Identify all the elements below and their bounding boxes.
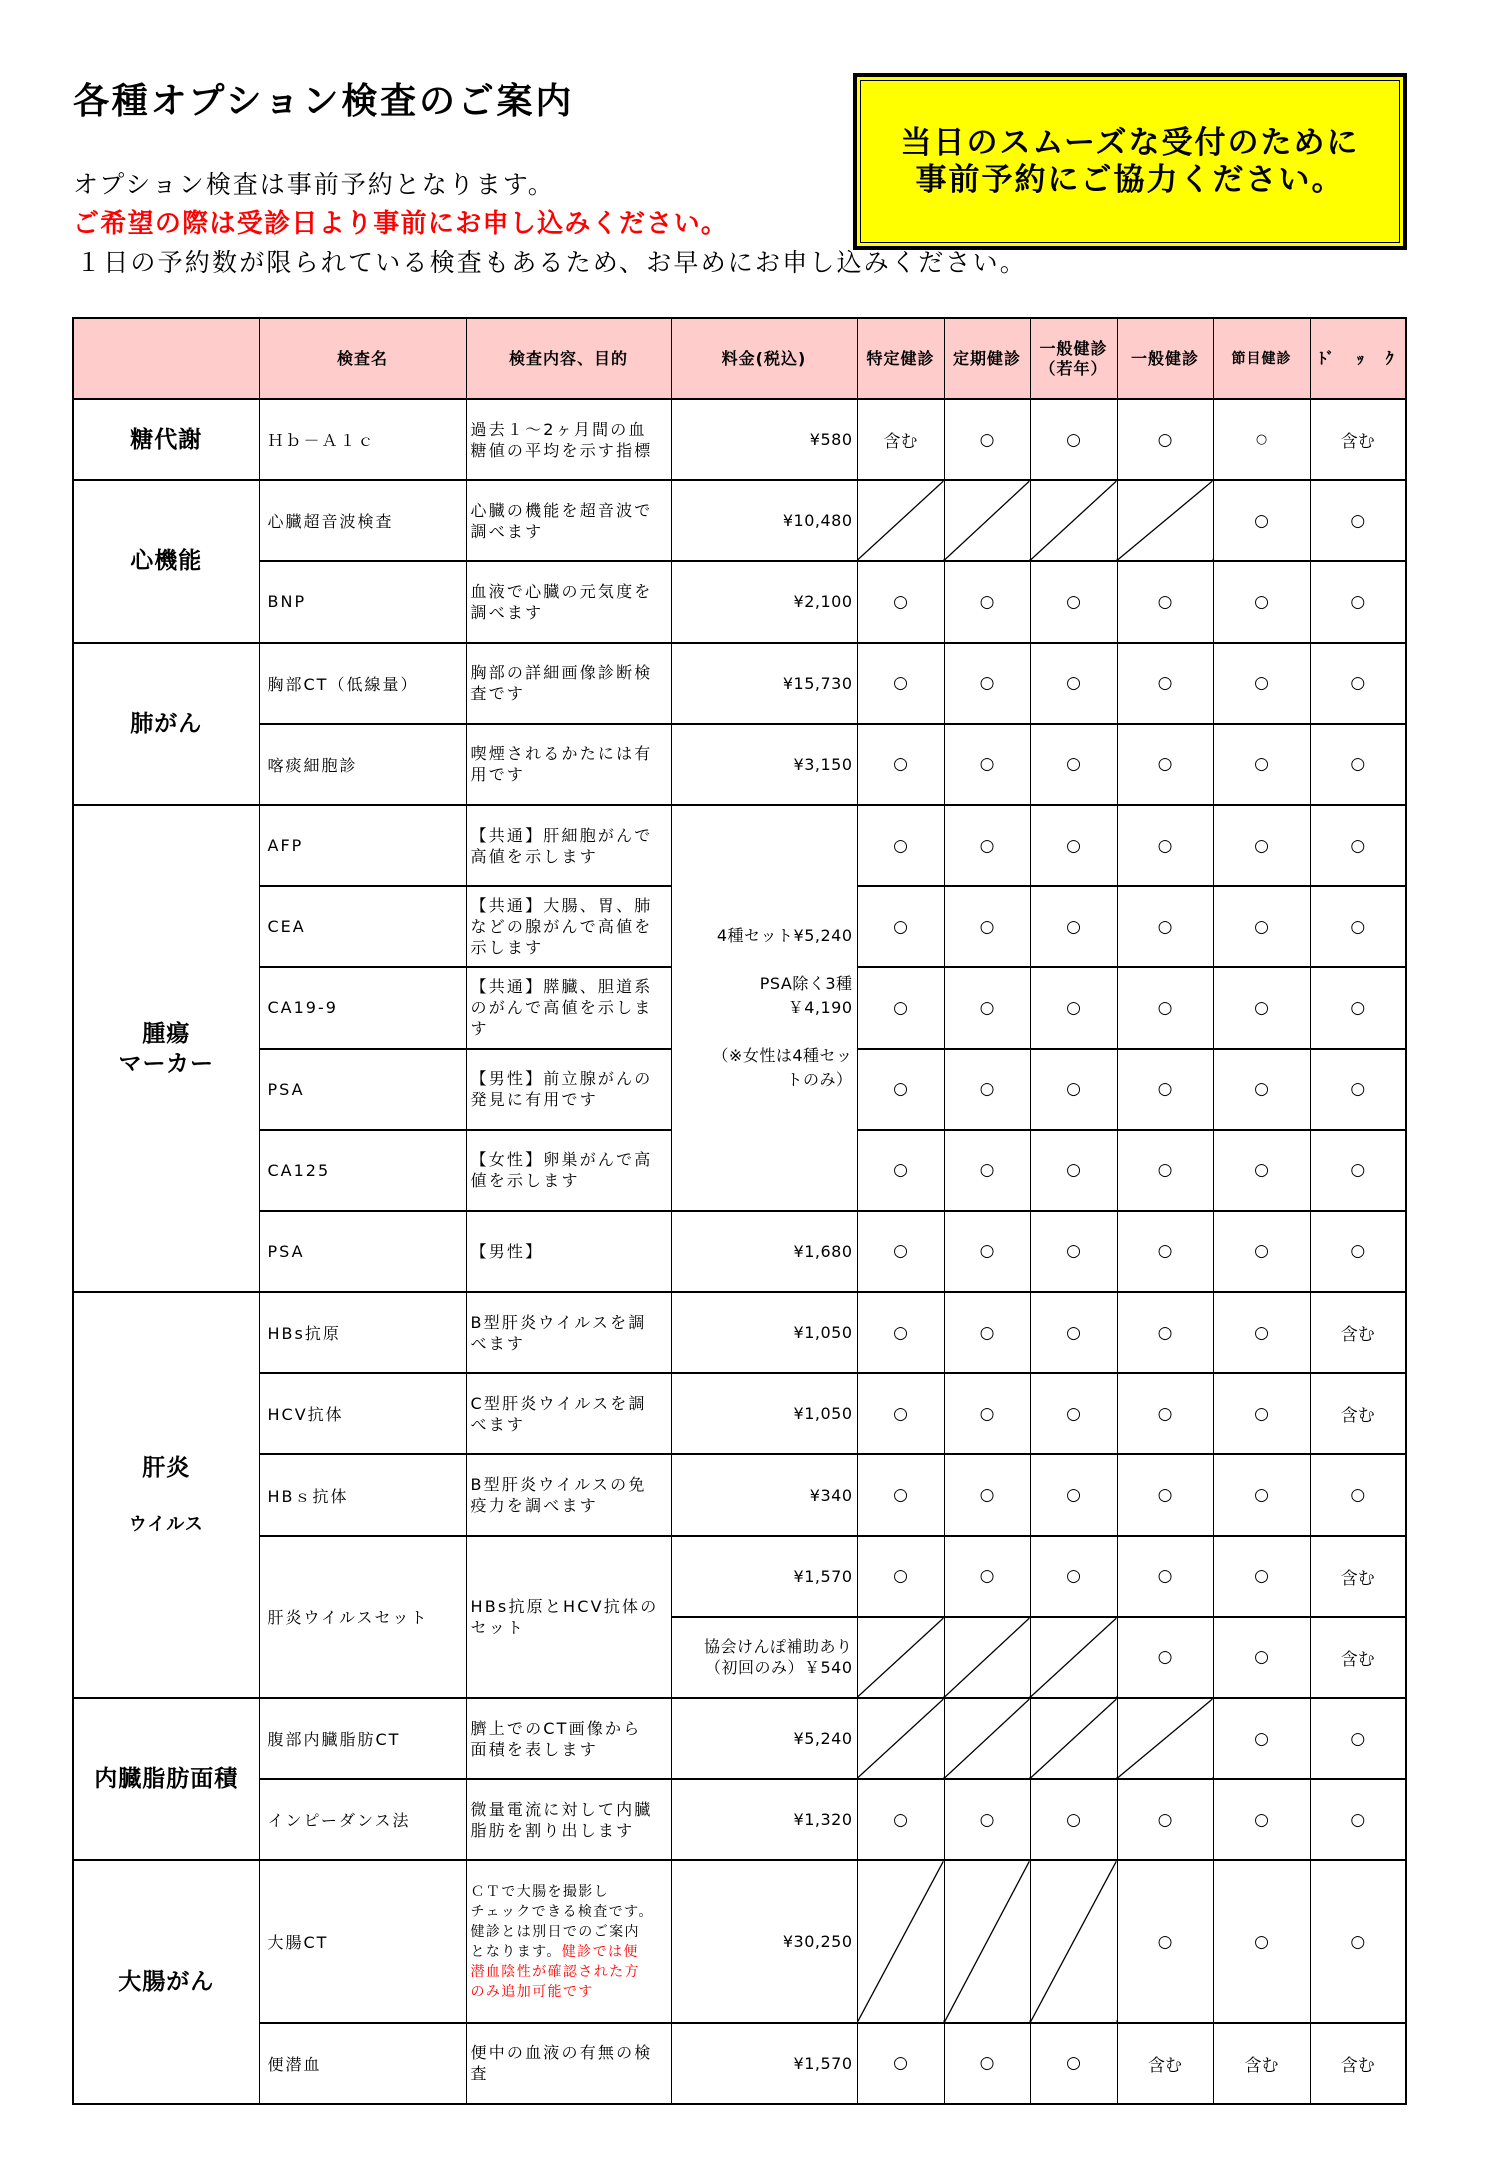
mark-ippan-young: ○ bbox=[1030, 1536, 1117, 1617]
mark-dock: ○ bbox=[1310, 886, 1406, 967]
exam-description: HBs抗原とHCV抗体の セット bbox=[466, 1536, 671, 1698]
mark-dock: 含む bbox=[1310, 1292, 1406, 1373]
mark-tokutei: ○ bbox=[857, 1211, 944, 1292]
mark-teiki: ○ bbox=[944, 805, 1030, 886]
mark-ippan-young: ○ bbox=[1030, 1211, 1117, 1292]
reservation-callout-box: 当日のスムーズな受付のために 事前予約にご協力ください。 bbox=[853, 73, 1407, 250]
table-row: 腫瘍 マーカー AFP 【共通】肝細胞がんで 高値を示します 4種セット¥5,2… bbox=[73, 805, 1406, 886]
mark-tokutei: ○ bbox=[857, 724, 944, 805]
mark-dock: ○ bbox=[1310, 1698, 1406, 1779]
table-header-row: 検査名 検査内容、目的 料金(税込) 特定健診 定期健診 一般健診 （若年） 一… bbox=[73, 318, 1406, 399]
mark-ippan-young-not-available bbox=[1030, 1617, 1117, 1698]
mark-tokutei: ○ bbox=[857, 643, 944, 724]
category-cell: 大腸がん bbox=[73, 1860, 259, 2104]
mark-fushime: ○ bbox=[1213, 724, 1310, 805]
mark-fushime: ○ bbox=[1213, 1292, 1310, 1373]
exam-name: HCV抗体 bbox=[259, 1373, 466, 1454]
mark-tokutei: ○ bbox=[857, 561, 944, 642]
notice-apply-in-advance: ご希望の際は受診日より事前にお申し込みください。 bbox=[73, 211, 728, 237]
category-label: 肝炎 bbox=[74, 1453, 259, 1483]
header-ippan-kenshin: 一般健診 bbox=[1117, 318, 1213, 399]
table-row: 喀痰細胞診 喫煙されるかたには有 用です ¥3,150 ○ ○ ○ ○ ○ ○ bbox=[73, 724, 1406, 805]
header-price: 料金(税込) bbox=[671, 318, 857, 399]
exam-description: 胸部の詳細画像診断検 査です bbox=[466, 643, 671, 724]
mark-fushime: ○ bbox=[1213, 399, 1310, 480]
mark-dock: ○ bbox=[1310, 967, 1406, 1048]
exam-description: 心臓の機能を超音波で 調べます bbox=[466, 480, 671, 561]
exam-price: ¥1,320 bbox=[671, 1779, 857, 1860]
mark-teiki: ○ bbox=[944, 1292, 1030, 1373]
header-exam-name: 検査名 bbox=[259, 318, 466, 399]
mark-tokutei: ○ bbox=[857, 2023, 944, 2104]
mark-ippan-not-available bbox=[1117, 480, 1213, 561]
table-row: HCV抗体 C型肝炎ウイルスを調 べます ¥1,050 ○ ○ ○ ○ ○ 含む bbox=[73, 1373, 1406, 1454]
mark-ippan-young: ○ bbox=[1030, 1373, 1117, 1454]
notice-reservation-required: オプション検査は事前予約となります。 bbox=[73, 172, 555, 197]
subsidized-price: 協会けんぽ補助あり （初回のみ）￥540 bbox=[671, 1617, 857, 1698]
mark-ippan: ○ bbox=[1117, 1373, 1213, 1454]
mark-dock: ○ bbox=[1310, 1049, 1406, 1130]
header-category bbox=[73, 318, 259, 399]
header-exam-description: 検査内容、目的 bbox=[466, 318, 671, 399]
mark-ippan: ○ bbox=[1117, 561, 1213, 642]
table-row: 便潜血 便中の血液の有無の検 査 ¥1,570 ○ ○ ○ 含む 含む 含む bbox=[73, 2023, 1406, 2104]
exam-description: 【共通】肝細胞がんで 高値を示します bbox=[466, 805, 671, 886]
mark-fushime: ○ bbox=[1213, 1373, 1310, 1454]
mark-dock: ○ bbox=[1310, 1211, 1406, 1292]
header-ippan-kenshin-young: 一般健診 （若年） bbox=[1030, 318, 1117, 399]
category-sublabel: ウイルス bbox=[74, 1513, 259, 1537]
mark-teiki: ○ bbox=[944, 561, 1030, 642]
mark-ippan: ○ bbox=[1117, 1779, 1213, 1860]
exam-description: ＣＴで大腸を撮影し チェックできる検査です。 健診とは別日でのご案内 となります… bbox=[466, 1860, 671, 2022]
mark-teiki: ○ bbox=[944, 1454, 1030, 1535]
header-tokutei-kenshin: 特定健診 bbox=[857, 318, 944, 399]
header-teiki-kenshin: 定期健診 bbox=[944, 318, 1030, 399]
mark-teiki: ○ bbox=[944, 1211, 1030, 1292]
mark-fushime: ○ bbox=[1213, 1779, 1310, 1860]
mark-ippan: ○ bbox=[1117, 1536, 1213, 1617]
exam-description: 喫煙されるかたには有 用です bbox=[466, 724, 671, 805]
mark-ippan-young: ○ bbox=[1030, 967, 1117, 1048]
exam-description: 過去１～2ヶ月間の血 糖値の平均を示す指標 bbox=[466, 399, 671, 480]
mark-ippan: ○ bbox=[1117, 724, 1213, 805]
exam-name: AFP bbox=[259, 805, 466, 886]
exam-description: 【男性】前立腺がんの 発見に有用です bbox=[466, 1049, 671, 1130]
table-row: 肝炎 ウイルス HBs抗原 B型肝炎ウイルスを調 べます ¥1,050 ○ ○ … bbox=[73, 1292, 1406, 1373]
mark-dock: 含む bbox=[1310, 399, 1406, 480]
exam-price: ¥10,480 bbox=[671, 480, 857, 561]
mark-tokutei: ○ bbox=[857, 805, 944, 886]
exam-price: ¥1,680 bbox=[671, 1211, 857, 1292]
mark-teiki: ○ bbox=[944, 1536, 1030, 1617]
tumor-marker-set-price: 4種セット¥5,240 PSA除く3種 ￥4,190 （※女性は4種セッ トのみ… bbox=[671, 805, 857, 1211]
mark-fushime: ○ bbox=[1213, 1130, 1310, 1211]
mark-ippan-young: ○ bbox=[1030, 805, 1117, 886]
exam-price: ¥3,150 bbox=[671, 724, 857, 805]
mark-dock: ○ bbox=[1310, 1130, 1406, 1211]
table-row: 心機能 心臓超音波検査 心臓の機能を超音波で 調べます ¥10,480 ○ ○ bbox=[73, 480, 1406, 561]
table-row: HBｓ抗体 B型肝炎ウイルスの免 疫力を調べます ¥340 ○ ○ ○ ○ ○ … bbox=[73, 1454, 1406, 1535]
mark-ippan-young: ○ bbox=[1030, 724, 1117, 805]
mark-ippan: ○ bbox=[1117, 886, 1213, 967]
mark-ippan: ○ bbox=[1117, 1292, 1213, 1373]
mark-ippan-not-available bbox=[1117, 1698, 1213, 1779]
exam-price: ¥1,050 bbox=[671, 1292, 857, 1373]
mark-dock: ○ bbox=[1310, 1860, 1406, 2022]
table-row: インピーダンス法 微量電流に対して内臓 脂肪を割り出します ¥1,320 ○ ○… bbox=[73, 1779, 1406, 1860]
mark-ippan: ○ bbox=[1117, 1617, 1213, 1698]
mark-teiki: ○ bbox=[944, 886, 1030, 967]
exam-name: 肝炎ウイルスセット bbox=[259, 1536, 466, 1698]
option-exam-table: 検査名 検査内容、目的 料金(税込) 特定健診 定期健診 一般健診 （若年） 一… bbox=[72, 317, 1407, 2105]
table-row: BNP 血液で心臓の元気度を 調べます ¥2,100 ○ ○ ○ ○ ○ ○ bbox=[73, 561, 1406, 642]
category-cell: 心機能 bbox=[73, 480, 259, 642]
mark-teiki-not-available bbox=[944, 1860, 1030, 2022]
exam-price: ¥2,100 bbox=[671, 561, 857, 642]
mark-fushime: 含む bbox=[1213, 2023, 1310, 2104]
exam-name: BNP bbox=[259, 561, 466, 642]
exam-name: CA125 bbox=[259, 1130, 466, 1211]
exam-price: ¥1,050 bbox=[671, 1373, 857, 1454]
mark-fushime: ○ bbox=[1213, 1211, 1310, 1292]
mark-ippan: ○ bbox=[1117, 399, 1213, 480]
category-cell: 糖代謝 bbox=[73, 399, 259, 480]
exam-name: 心臓超音波検査 bbox=[259, 480, 466, 561]
mark-fushime: ○ bbox=[1213, 967, 1310, 1048]
mark-tokutei-not-available bbox=[857, 480, 944, 561]
exam-price: ¥1,570 bbox=[671, 2023, 857, 2104]
exam-name: 腹部内臓脂肪CT bbox=[259, 1698, 466, 1779]
mark-tokutei-not-available bbox=[857, 1860, 944, 2022]
table-row: 糖代謝 Ｈｂ－Ａ１ｃ 過去１～2ヶ月間の血 糖値の平均を示す指標 ¥580 含む… bbox=[73, 399, 1406, 480]
table-row: 大腸がん 大腸CT ＣＴで大腸を撮影し チェックできる検査です。 健診とは別日で… bbox=[73, 1860, 1406, 2022]
mark-fushime: ○ bbox=[1213, 1536, 1310, 1617]
exam-name: 喀痰細胞診 bbox=[259, 724, 466, 805]
mark-dock: ○ bbox=[1310, 805, 1406, 886]
exam-price: ¥15,730 bbox=[671, 643, 857, 724]
mark-tokutei: ○ bbox=[857, 1130, 944, 1211]
mark-tokutei: ○ bbox=[857, 1779, 944, 1860]
exam-description: 微量電流に対して内臓 脂肪を割り出します bbox=[466, 1779, 671, 1860]
mark-teiki: ○ bbox=[944, 1373, 1030, 1454]
mark-ippan-young: ○ bbox=[1030, 399, 1117, 480]
mark-teiki-not-available bbox=[944, 1698, 1030, 1779]
mark-ippan-young: ○ bbox=[1030, 1292, 1117, 1373]
mark-ippan: ○ bbox=[1117, 1049, 1213, 1130]
exam-description: 【共通】大腸、胃、肺 などの腺がんで高値を 示します bbox=[466, 886, 671, 967]
mark-tokutei: ○ bbox=[857, 1373, 944, 1454]
callout-line-1: 当日のスムーズな受付のために bbox=[901, 125, 1360, 162]
table-row: PSA 【男性】 ¥1,680 ○ ○ ○ ○ ○ ○ bbox=[73, 1211, 1406, 1292]
exam-name: PSA bbox=[259, 1211, 466, 1292]
header-dock: ﾄﾞ ｯ ｸ bbox=[1310, 318, 1406, 399]
mark-ippan-young: ○ bbox=[1030, 886, 1117, 967]
mark-tokutei-not-available bbox=[857, 1698, 944, 1779]
mark-fushime: ○ bbox=[1213, 480, 1310, 561]
header-fushime-kenshin: 節目健診 bbox=[1213, 318, 1310, 399]
mark-dock: ○ bbox=[1310, 1779, 1406, 1860]
mark-ippan-young: ○ bbox=[1030, 561, 1117, 642]
category-cell: 肝炎 ウイルス bbox=[73, 1292, 259, 1698]
exam-description: 【男性】 bbox=[466, 1211, 671, 1292]
mark-teiki: ○ bbox=[944, 643, 1030, 724]
mark-tokutei: ○ bbox=[857, 1536, 944, 1617]
category-cell: 肺がん bbox=[73, 643, 259, 805]
mark-dock: 含む bbox=[1310, 2023, 1406, 2104]
exam-description: 【女性】卵巣がんで高 値を示します bbox=[466, 1130, 671, 1211]
exam-name: Ｈｂ－Ａ１ｃ bbox=[259, 399, 466, 480]
table-row: 内臓脂肪面積 腹部内臓脂肪CT 臍上でのCT画像から 面積を表します ¥5,24… bbox=[73, 1698, 1406, 1779]
mark-ippan-young: ○ bbox=[1030, 1130, 1117, 1211]
notice-limited-slots: １日の予約数が限られている検査もあるため、お早めにお申し込みください。 bbox=[76, 250, 1027, 275]
mark-dock: 含む bbox=[1310, 1617, 1406, 1698]
mark-tokutei: ○ bbox=[857, 1049, 944, 1130]
mark-dock: ○ bbox=[1310, 724, 1406, 805]
mark-fushime: ○ bbox=[1213, 561, 1310, 642]
exam-description: B型肝炎ウイルスの免 疫力を調べます bbox=[466, 1454, 671, 1535]
mark-teiki: ○ bbox=[944, 967, 1030, 1048]
mark-ippan-young: ○ bbox=[1030, 1049, 1117, 1130]
exam-description: 血液で心臓の元気度を 調べます bbox=[466, 561, 671, 642]
exam-price: ¥30,250 bbox=[671, 1860, 857, 2022]
category-cell: 腫瘍 マーカー bbox=[73, 805, 259, 1292]
mark-ippan-young-not-available bbox=[1030, 1860, 1117, 2022]
mark-tokutei: ○ bbox=[857, 1454, 944, 1535]
mark-teiki: ○ bbox=[944, 399, 1030, 480]
exam-name: HBｓ抗体 bbox=[259, 1454, 466, 1535]
mark-ippan-young: ○ bbox=[1030, 1454, 1117, 1535]
exam-price: ¥1,570 bbox=[671, 1536, 857, 1617]
exam-name: 胸部CT（低線量） bbox=[259, 643, 466, 724]
table-row: 肺がん 胸部CT（低線量） 胸部の詳細画像診断検 査です ¥15,730 ○ ○… bbox=[73, 643, 1406, 724]
mark-fushime: ○ bbox=[1213, 1454, 1310, 1535]
mark-dock: ○ bbox=[1310, 480, 1406, 561]
mark-ippan: 含む bbox=[1117, 2023, 1213, 2104]
mark-dock: 含む bbox=[1310, 1373, 1406, 1454]
mark-ippan-young: ○ bbox=[1030, 2023, 1117, 2104]
exam-description: 【共通】膵臓、胆道系 のがんで高値を示しま す bbox=[466, 967, 671, 1048]
exam-description: 便中の血液の有無の検 査 bbox=[466, 2023, 671, 2104]
mark-tokutei-not-available bbox=[857, 1617, 944, 1698]
mark-tokutei: 含む bbox=[857, 399, 944, 480]
mark-ippan: ○ bbox=[1117, 1860, 1213, 2022]
table-row: 肝炎ウイルスセット HBs抗原とHCV抗体の セット ¥1,570 ○ ○ ○ … bbox=[73, 1536, 1406, 1617]
exam-name: PSA bbox=[259, 1049, 466, 1130]
mark-fushime: ○ bbox=[1213, 1860, 1310, 2022]
mark-ippan-young: ○ bbox=[1030, 1779, 1117, 1860]
exam-price: ¥340 bbox=[671, 1454, 857, 1535]
page-title: 各種オプション検査のご案内 bbox=[73, 84, 574, 120]
mark-teiki-not-available bbox=[944, 480, 1030, 561]
mark-ippan: ○ bbox=[1117, 967, 1213, 1048]
mark-dock: ○ bbox=[1310, 561, 1406, 642]
mark-fushime: ○ bbox=[1213, 1049, 1310, 1130]
exam-description: 臍上でのCT画像から 面積を表します bbox=[466, 1698, 671, 1779]
exam-description: C型肝炎ウイルスを調 べます bbox=[466, 1373, 671, 1454]
exam-name: CA19-9 bbox=[259, 967, 466, 1048]
mark-ippan-young: ○ bbox=[1030, 643, 1117, 724]
category-cell: 内臓脂肪面積 bbox=[73, 1698, 259, 1860]
mark-tokutei: ○ bbox=[857, 967, 944, 1048]
exam-price: ¥5,240 bbox=[671, 1698, 857, 1779]
mark-teiki: ○ bbox=[944, 724, 1030, 805]
mark-ippan: ○ bbox=[1117, 805, 1213, 886]
mark-ippan-young-not-available bbox=[1030, 1698, 1117, 1779]
mark-teiki-not-available bbox=[944, 1617, 1030, 1698]
exam-name: 便潜血 bbox=[259, 2023, 466, 2104]
mark-tokutei: ○ bbox=[857, 886, 944, 967]
exam-name: 大腸CT bbox=[259, 1860, 466, 2022]
mark-ippan: ○ bbox=[1117, 643, 1213, 724]
mark-teiki: ○ bbox=[944, 1130, 1030, 1211]
mark-fushime: ○ bbox=[1213, 1698, 1310, 1779]
mark-ippan: ○ bbox=[1117, 1454, 1213, 1535]
exam-description: B型肝炎ウイルスを調 べます bbox=[466, 1292, 671, 1373]
mark-fushime: ○ bbox=[1213, 643, 1310, 724]
exam-name: CEA bbox=[259, 886, 466, 967]
mark-teiki: ○ bbox=[944, 2023, 1030, 2104]
mark-ippan: ○ bbox=[1117, 1211, 1213, 1292]
mark-ippan: ○ bbox=[1117, 1130, 1213, 1211]
exam-name: インピーダンス法 bbox=[259, 1779, 466, 1860]
mark-fushime: ○ bbox=[1213, 1617, 1310, 1698]
mark-dock: ○ bbox=[1310, 643, 1406, 724]
mark-dock: 含む bbox=[1310, 1536, 1406, 1617]
mark-dock: ○ bbox=[1310, 1454, 1406, 1535]
mark-fushime: ○ bbox=[1213, 886, 1310, 967]
exam-price: ¥580 bbox=[671, 399, 857, 480]
callout-line-2: 事前予約にご協力ください。 bbox=[916, 162, 1345, 199]
mark-teiki: ○ bbox=[944, 1049, 1030, 1130]
mark-tokutei: ○ bbox=[857, 1292, 944, 1373]
mark-teiki: ○ bbox=[944, 1779, 1030, 1860]
mark-fushime: ○ bbox=[1213, 805, 1310, 886]
mark-ippan-young-not-available bbox=[1030, 480, 1117, 561]
exam-name: HBs抗原 bbox=[259, 1292, 466, 1373]
